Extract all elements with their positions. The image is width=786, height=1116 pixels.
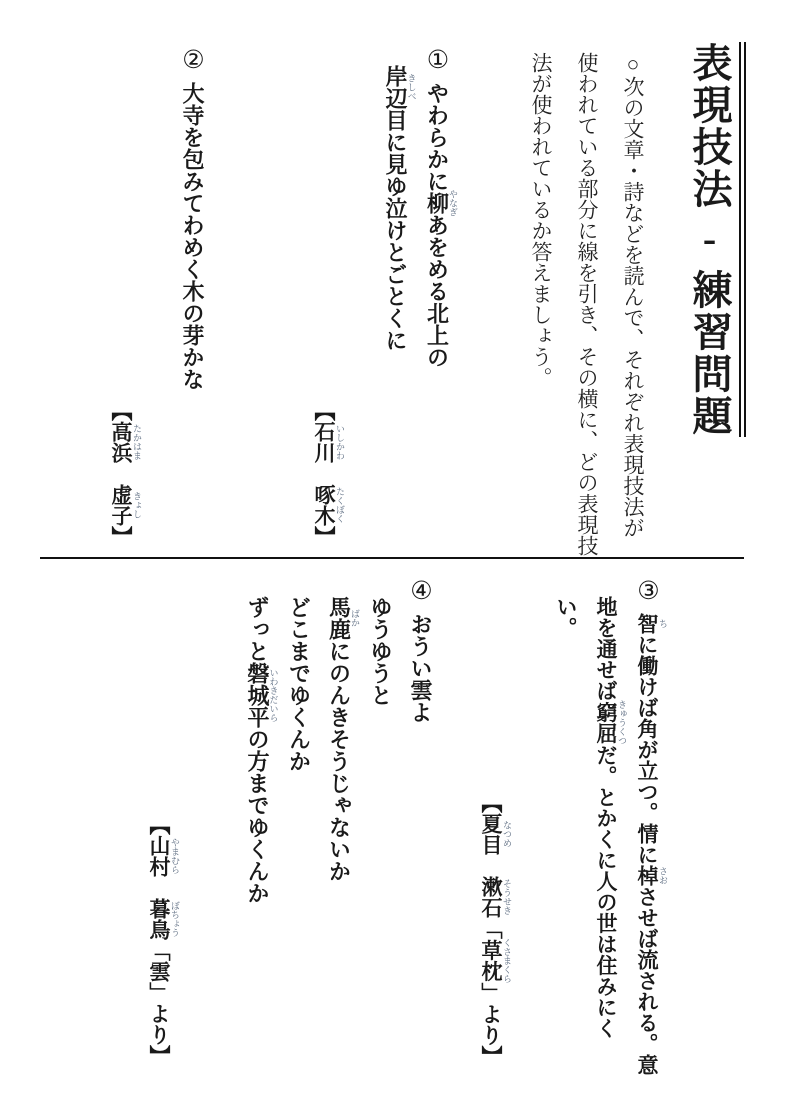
furigana: くさまくら xyxy=(502,938,512,983)
ruby-annotated-text: 高浜たかはま xyxy=(109,421,133,463)
furigana: やなぎ xyxy=(448,190,458,217)
poem-line: ③智ちに働けば角が立つ。情に棹さおさせば流される。意 xyxy=(627,576,668,1075)
poem-item-4: ④おうい雲よゆうゆうと馬鹿ばかにのんきそうじゃないかどこまでゆくんかずっと磐城平… xyxy=(237,576,440,904)
poem-line: 地を通せば窮屈きゅうくつだ。とかくに人の世は住みにく xyxy=(586,576,627,1075)
item-number: ① xyxy=(424,45,451,74)
ruby-annotated-text: 岸辺きしべ xyxy=(383,65,408,109)
furigana: やまむら xyxy=(170,835,180,877)
furigana: いわきだいら xyxy=(269,662,279,728)
page-title-sub: 練習問題 xyxy=(687,269,732,437)
section-divider xyxy=(40,557,744,559)
item-number: ④ xyxy=(407,576,434,605)
furigana: いしかわ xyxy=(335,421,345,463)
furigana: ばか xyxy=(350,596,360,640)
ruby-annotated-text: 暮鳥ぼちょう xyxy=(147,898,171,940)
furigana: そうせき xyxy=(502,876,512,918)
poem-line: い。 xyxy=(546,576,586,1075)
ruby-annotated-text: 窮屈きゅうくつ xyxy=(594,701,618,745)
item-number: ③ xyxy=(634,576,661,605)
furigana: たくぼく xyxy=(335,484,345,526)
ruby-annotated-text: 夏目なつめ xyxy=(479,813,503,855)
attribution-2: 【高浜たかはま 虚子きょし】 xyxy=(104,400,142,547)
poem-item-2: ②大寺を包みてわめく木の芽かな xyxy=(172,45,212,390)
furigana: たかはま xyxy=(132,421,142,463)
furigana: さお xyxy=(658,865,668,886)
furigana: ぼちょう xyxy=(170,898,180,940)
ruby-annotated-text: 智ち xyxy=(635,613,659,634)
ruby-annotated-text: 啄木たくぼく xyxy=(312,484,336,526)
poem-line: ずっと磐城平いわきだいらの方までゆくんか xyxy=(237,576,279,904)
poem-line: どこまでゆくんか xyxy=(279,576,319,904)
poem-line: ④おうい雲よ xyxy=(400,576,440,904)
furigana: なつめ xyxy=(502,813,512,855)
ruby-annotated-text: 馬鹿ばか xyxy=(327,596,352,640)
furigana: きゅうくつ xyxy=(617,700,627,745)
item-number: ② xyxy=(179,45,206,74)
furigana: きしべ xyxy=(407,65,417,109)
worksheet-page: 表現技法-練習問題 ○次の文章・詩などを読んで、それぞれ表現技法が使われている部… xyxy=(0,0,786,1116)
poem-item-3: ③智ちに働けば角が立つ。情に棹さおさせば流される。意地を通せば窮屈きゅうくつだ。… xyxy=(546,576,668,1075)
instruction-text: ○次の文章・詩などを読んで、それぞれ表現技法が使われている部分に線を引き、その横… xyxy=(518,52,656,558)
ruby-annotated-text: 漱石そうせき xyxy=(479,876,503,918)
poem-line: ゆうゆうと xyxy=(360,576,400,904)
furigana: きょし xyxy=(132,484,142,526)
furigana: ち xyxy=(658,613,668,634)
page-title-main: 表現技法 xyxy=(687,42,732,210)
ruby-annotated-text: 柳やなぎ xyxy=(425,192,450,214)
poem-line: ①やわらかに柳やなぎあをめる北上の xyxy=(417,45,459,368)
attribution-3: 【夏目なつめ 漱石そうせき「草枕くさまくら」より】 xyxy=(474,792,512,1067)
ruby-annotated-text: 虚子きょし xyxy=(109,484,133,526)
ruby-annotated-text: 草枕くさまくら xyxy=(479,939,503,983)
poem-line: ②大寺を包みてわめく木の芽かな xyxy=(172,45,212,390)
page-title-separator: - xyxy=(687,216,732,263)
poem-line: 馬鹿ばかにのんきそうじゃないか xyxy=(319,576,361,904)
ruby-annotated-text: 山村やまむら xyxy=(147,835,171,877)
poem-item-1: ①やわらかに柳やなぎあをめる北上の岸辺きしべ目に見ゆ泣けとごとくに xyxy=(375,45,458,368)
attribution-4: 【山村やまむら 暮鳥ぼちょう「雲」より】 xyxy=(142,814,180,1066)
ruby-annotated-text: 石川いしかわ xyxy=(312,421,336,463)
attribution-1: 【石川いしかわ 啄木たくぼく】 xyxy=(307,400,345,547)
ruby-annotated-text: 磐城平いわきだいら xyxy=(245,662,270,728)
ruby-annotated-text: 棹さお xyxy=(635,865,659,886)
poem-line: 岸辺きしべ目に見ゆ泣けとごとくに xyxy=(375,45,417,368)
page-title: 表現技法-練習問題 xyxy=(683,42,746,437)
